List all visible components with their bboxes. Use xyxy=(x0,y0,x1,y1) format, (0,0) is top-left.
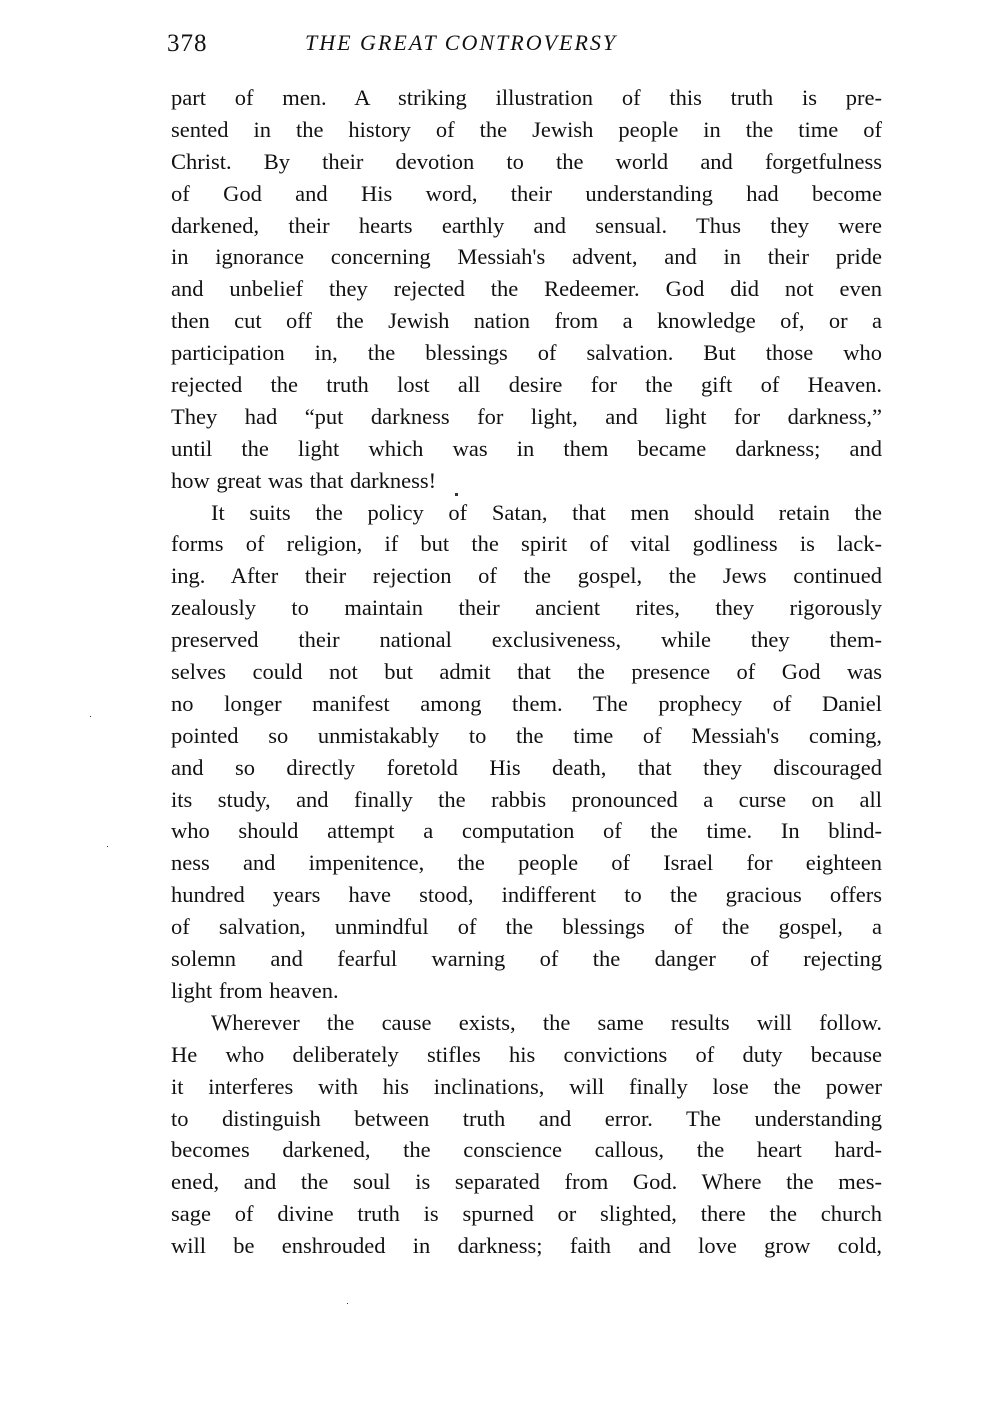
paragraph-2: It suits the policy of Satan, that men s… xyxy=(171,497,882,1007)
text-line: ing. After their rejection of the gospel… xyxy=(171,560,882,592)
text-line: participation in, the blessings of salva… xyxy=(171,337,882,369)
text-line: ness and impenitence, the people of Isra… xyxy=(171,847,882,879)
scan-speck xyxy=(90,716,91,717)
text-line: hundred years have stood, indifferent to… xyxy=(171,879,882,911)
scan-speck xyxy=(455,493,458,496)
text-line: zealously to maintain their ancient rite… xyxy=(171,592,882,624)
text-line: and so directly foretold His death, that… xyxy=(171,752,882,784)
text-line: part of men. A striking illustration of … xyxy=(171,82,882,114)
text-line: to distinguish between truth and error. … xyxy=(171,1103,882,1135)
text-line: preserved their national exclusiveness, … xyxy=(171,624,882,656)
text-line: forms of religion, if but the spirit of … xyxy=(171,528,882,560)
text-line: how great was that darkness! xyxy=(171,465,882,497)
text-line: in ignorance concerning Messiah's advent… xyxy=(171,241,882,273)
scan-speck xyxy=(347,1303,348,1304)
body-text: part of men. A striking illustration of … xyxy=(171,82,882,1262)
text-line: They had “put darkness for light, and li… xyxy=(171,401,882,433)
page-header: 378 THE GREAT CONTROVERSY xyxy=(167,30,883,62)
text-line: rejected the truth lost all desire for t… xyxy=(171,369,882,401)
scan-speck xyxy=(107,846,108,847)
text-line: sented in the history of the Jewish peop… xyxy=(171,114,882,146)
text-line: Christ. By their devotion to the world a… xyxy=(171,146,882,178)
text-line: will be enshrouded in darkness; faith an… xyxy=(171,1230,882,1262)
text-line: pointed so unmistakably to the time of M… xyxy=(171,720,882,752)
paragraph-1: part of men. A striking illustration of … xyxy=(171,82,882,497)
text-line: sage of divine truth is spurned or sligh… xyxy=(171,1198,882,1230)
paragraph-3: Wherever the cause exists, the same resu… xyxy=(171,1007,882,1262)
text-line: and unbelief they rejected the Redeemer.… xyxy=(171,273,882,305)
text-line: Wherever the cause exists, the same resu… xyxy=(171,1007,882,1039)
page-number: 378 xyxy=(167,30,208,58)
text-line: who should attempt a computation of the … xyxy=(171,815,882,847)
text-line: then cut off the Jewish nation from a kn… xyxy=(171,305,882,337)
text-line: darkened, their hearts earthly and sensu… xyxy=(171,210,882,242)
text-line: of God and His word, their understanding… xyxy=(171,178,882,210)
text-line: It suits the policy of Satan, that men s… xyxy=(171,497,882,529)
text-line: light from heaven. xyxy=(171,975,882,1007)
text-line: He who deliberately stifles his convicti… xyxy=(171,1039,882,1071)
text-line: no longer manifest among them. The proph… xyxy=(171,688,882,720)
text-line: selves could not but admit that the pres… xyxy=(171,656,882,688)
text-line: until the light which was in them became… xyxy=(171,433,882,465)
text-line: of salvation, unmindful of the blessings… xyxy=(171,911,882,943)
text-line: it interferes with his inclinations, wil… xyxy=(171,1071,882,1103)
running-title: THE GREAT CONTROVERSY xyxy=(305,30,617,56)
text-line: becomes darkened, the conscience callous… xyxy=(171,1134,882,1166)
text-line: its study, and finally the rabbis pronou… xyxy=(171,784,882,816)
text-line: ened, and the soul is separated from God… xyxy=(171,1166,882,1198)
text-line: solemn and fearful warning of the danger… xyxy=(171,943,882,975)
